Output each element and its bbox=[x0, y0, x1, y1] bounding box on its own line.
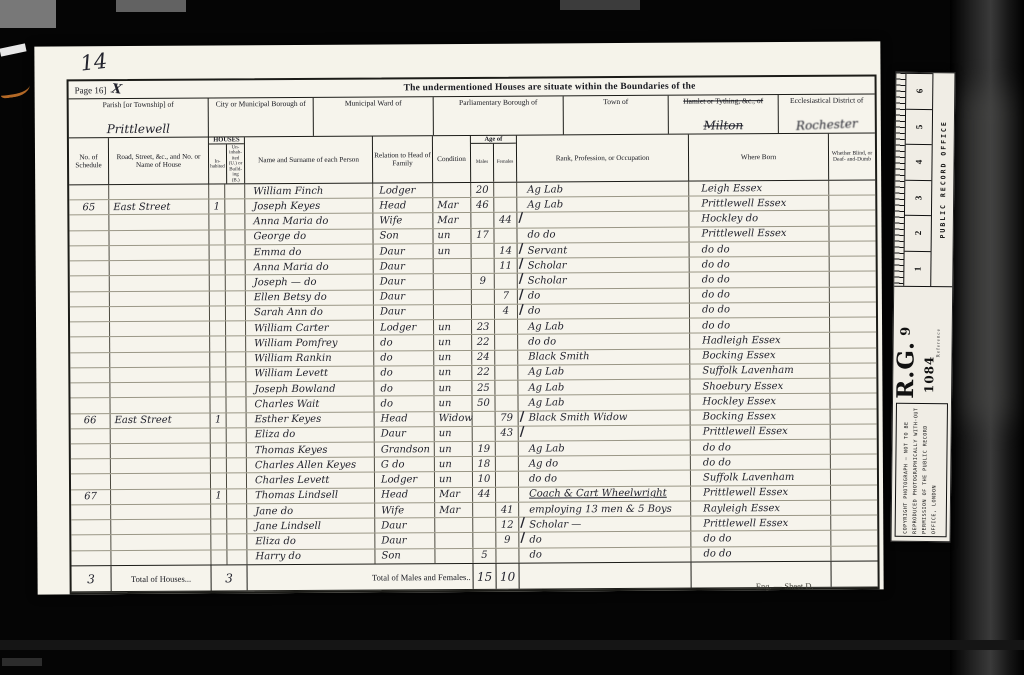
cell-age-male: 20 bbox=[471, 183, 494, 197]
cell-name: William Levett bbox=[246, 366, 374, 381]
cell-blind bbox=[831, 546, 877, 561]
cell-age-female: 9 bbox=[496, 533, 519, 547]
cell-inhabited bbox=[210, 352, 226, 366]
cell-condition bbox=[433, 183, 471, 197]
cell-schedule bbox=[70, 368, 110, 382]
cell-born: Prittlewell Essex bbox=[689, 196, 829, 211]
cell-blind bbox=[831, 409, 877, 424]
cell-age-female: 7 bbox=[495, 289, 518, 303]
cell-road bbox=[110, 306, 210, 321]
cell-condition bbox=[434, 290, 472, 304]
page-handwritten-mark: X bbox=[110, 81, 122, 97]
cell-name: William Rankin bbox=[246, 351, 374, 366]
cell-born: do do bbox=[691, 531, 831, 546]
cell-uninhabited bbox=[226, 276, 246, 290]
cell-condition: un bbox=[435, 427, 473, 441]
cell-relation: Daur bbox=[374, 259, 434, 274]
cell-uninhabited bbox=[225, 184, 245, 198]
cell-condition bbox=[435, 533, 473, 547]
cell-age-male: 9 bbox=[472, 274, 495, 288]
cell-age-female: 4 bbox=[495, 305, 518, 319]
cell-name: Joseph — do bbox=[246, 275, 374, 290]
cell-age-female: 12 bbox=[496, 518, 519, 532]
census-rows: William FinchLodger20Ag LabLeigh Essex65… bbox=[69, 180, 877, 566]
cell-name: Harry do bbox=[247, 549, 375, 564]
cell-road bbox=[110, 291, 210, 306]
enumerator-tick: / bbox=[520, 409, 525, 424]
cell-occupation: Black Smith bbox=[518, 349, 690, 364]
cell-uninhabited bbox=[226, 337, 246, 351]
pro-copyright-text: COPYRIGHT PHOTOGRAPH — NOT TO BE REPRODU… bbox=[902, 406, 941, 534]
cell-occupation: /Scholar bbox=[518, 273, 690, 288]
pro-reference-zone: R.G. 9 1084 Reference bbox=[893, 287, 952, 400]
cell-uninhabited bbox=[227, 428, 247, 442]
cell-occupation: Ag Lab bbox=[518, 364, 690, 379]
handwritten-page-note: 14 bbox=[79, 49, 108, 76]
ruler-number: 6 bbox=[906, 73, 932, 109]
cell-occupation: do do bbox=[519, 471, 691, 486]
cell-inhabited bbox=[211, 459, 227, 473]
cell-relation: Head bbox=[373, 198, 433, 213]
cell-inhabited bbox=[210, 306, 226, 320]
cell-blind bbox=[830, 272, 876, 287]
cell-age-female bbox=[494, 183, 517, 197]
cell-age-male: 22 bbox=[472, 335, 495, 349]
cell-occupation: Ag do bbox=[519, 456, 691, 471]
totals-males-value: 15 bbox=[474, 564, 497, 589]
cell-condition: un bbox=[434, 320, 472, 334]
cell-relation: Wife bbox=[373, 214, 433, 229]
cell-road: East Street bbox=[111, 413, 211, 428]
col-houses-group: HOUSES In- habited Un-inhab- ited (U.) o… bbox=[209, 137, 245, 183]
cell-road bbox=[111, 504, 211, 519]
hamlet-value: Milton bbox=[669, 119, 778, 133]
cell-age-male bbox=[473, 503, 496, 517]
ruler-number: 4 bbox=[905, 144, 931, 180]
cell-blind bbox=[830, 257, 876, 272]
cell-condition bbox=[435, 549, 473, 563]
cell-schedule bbox=[71, 505, 111, 519]
cell-uninhabited bbox=[227, 474, 247, 488]
col-uninhabited: Un-inhab- ited (U.) or Build- ing (B.) bbox=[227, 144, 244, 183]
cell-occupation: /do bbox=[518, 288, 690, 303]
cell-born: Bocking Essex bbox=[690, 348, 830, 363]
cell-road bbox=[111, 520, 211, 535]
cell-born: do do bbox=[690, 242, 830, 257]
totals-males-females-label: Total of Males and Females.. bbox=[248, 564, 474, 590]
cell-age-male bbox=[473, 411, 496, 425]
cell-inhabited bbox=[210, 398, 226, 412]
cell-condition: Mar bbox=[433, 213, 471, 227]
cell-age-male bbox=[472, 305, 495, 319]
cell-uninhabited bbox=[226, 260, 246, 274]
cell-name: William Carter bbox=[246, 321, 374, 336]
enumerator-tick: / bbox=[520, 516, 525, 531]
cell-occupation: /do bbox=[518, 303, 690, 318]
cell-schedule bbox=[71, 536, 111, 550]
cell-age-male: 5 bbox=[473, 548, 496, 562]
cell-blind bbox=[831, 500, 877, 515]
pro-office-label-wrap: PUBLIC RECORD OFFICE bbox=[931, 73, 954, 286]
cell-inhabited bbox=[210, 367, 226, 381]
pro-reference-label: Reference bbox=[936, 329, 941, 358]
cell-occupation: Ag Lab bbox=[518, 319, 690, 334]
cell-born: do do bbox=[691, 546, 831, 561]
cell-occupation: /Scholar — bbox=[519, 517, 691, 532]
cell-condition: un bbox=[434, 381, 472, 395]
ruler-number: 5 bbox=[906, 108, 932, 144]
cell-condition bbox=[434, 305, 472, 319]
totals-houses-label: Total of Houses... bbox=[112, 566, 212, 592]
cell-inhabited bbox=[209, 230, 225, 244]
cell-name: Charles Wait bbox=[246, 397, 374, 412]
page-number-cell: Page 16] X bbox=[69, 81, 225, 97]
cell-inhabited bbox=[211, 474, 227, 488]
cell-condition: un bbox=[434, 396, 472, 410]
cell-name: Thomas Keyes bbox=[247, 443, 375, 458]
cell-condition: Mar bbox=[435, 503, 473, 517]
cell-age-female bbox=[495, 365, 518, 379]
film-edge-glow bbox=[964, 90, 1010, 420]
cell-blind bbox=[830, 302, 876, 317]
cell-age-male bbox=[473, 427, 496, 441]
ruler-number: 2 bbox=[905, 215, 931, 251]
cell-schedule bbox=[70, 261, 110, 275]
cell-born: Prittlewell Essex bbox=[691, 485, 831, 500]
cell-name: Jane Lindsell bbox=[247, 519, 375, 534]
cell-inhabited bbox=[210, 382, 226, 396]
cell-inhabited bbox=[210, 291, 226, 305]
census-document-sheet: 14 Page 16] X The undermentioned Houses … bbox=[34, 41, 883, 594]
enumerator-tick: / bbox=[520, 531, 525, 546]
pro-office-label: PUBLIC RECORD OFFICE bbox=[938, 121, 947, 239]
film-artifact bbox=[0, 0, 56, 28]
cell-born: Leigh Essex bbox=[689, 181, 829, 196]
cell-age-female bbox=[496, 457, 519, 471]
cell-condition: un bbox=[434, 335, 472, 349]
cell-uninhabited bbox=[225, 200, 245, 214]
ruler-number: 3 bbox=[905, 179, 931, 215]
cell-condition: Mar bbox=[435, 488, 473, 502]
cell-age-female bbox=[496, 548, 519, 562]
cell-inhabited bbox=[211, 520, 227, 534]
film-artifact bbox=[560, 0, 640, 10]
cell-born: do do bbox=[691, 440, 831, 455]
cell-age-male bbox=[472, 244, 495, 258]
cell-road bbox=[110, 276, 210, 291]
cell-uninhabited bbox=[227, 519, 247, 533]
cell-schedule bbox=[70, 292, 110, 306]
cell-schedule bbox=[71, 551, 111, 565]
cell-schedule bbox=[71, 475, 111, 489]
cell-condition bbox=[434, 259, 472, 273]
cell-blind bbox=[829, 180, 875, 195]
cell-occupation: do do bbox=[517, 227, 689, 242]
cell-blind bbox=[830, 363, 876, 378]
cell-inhabited: 1 bbox=[209, 200, 225, 214]
cell-relation: do bbox=[374, 366, 434, 381]
cell-relation: Head bbox=[375, 488, 435, 503]
cell-relation: Lodger bbox=[374, 320, 434, 335]
cell-name: Ellen Betsy do bbox=[246, 290, 374, 305]
cell-schedule bbox=[71, 459, 111, 473]
cell-occupation: / bbox=[519, 425, 691, 440]
cell-blind bbox=[831, 516, 877, 531]
enumerator-tick: / bbox=[519, 302, 524, 317]
cell-born: Prittlewell Essex bbox=[689, 226, 829, 241]
cell-schedule bbox=[70, 383, 110, 397]
cell-age-male: 44 bbox=[473, 487, 496, 501]
cell-road bbox=[111, 535, 211, 550]
cell-relation: Daur bbox=[374, 275, 434, 290]
cell-blind bbox=[831, 531, 877, 546]
cell-relation: Wife bbox=[375, 503, 435, 518]
cell-occupation: do bbox=[519, 547, 691, 562]
cell-uninhabited bbox=[227, 459, 247, 473]
cell-schedule: 65 bbox=[69, 200, 109, 214]
col-age-females: Females bbox=[494, 144, 516, 182]
cell-born: do do bbox=[690, 318, 830, 333]
enumerator-tick: / bbox=[520, 424, 525, 439]
cell-born: Shoebury Essex bbox=[690, 379, 830, 394]
cell-schedule bbox=[70, 322, 110, 336]
col-blind: Whether Blind, or Deaf- and-Dumb bbox=[829, 133, 875, 179]
cell-age-male: 10 bbox=[473, 472, 496, 486]
cell-relation: Daur bbox=[374, 305, 434, 320]
cell-condition: un bbox=[435, 457, 473, 471]
cell-blind bbox=[831, 455, 877, 470]
cell-road bbox=[110, 383, 210, 398]
film-artifact-orange-mark bbox=[0, 78, 31, 99]
cell-name: Charles Levett bbox=[247, 473, 375, 488]
cell-occupation: / bbox=[517, 212, 689, 227]
cell-road bbox=[110, 367, 210, 382]
census-scan-viewport: 14 Page 16] X The undermentioned Houses … bbox=[0, 0, 1024, 675]
cell-condition: Mar bbox=[433, 198, 471, 212]
enumerator-tick: / bbox=[518, 211, 523, 226]
cell-uninhabited bbox=[225, 215, 245, 229]
cell-age-female: 11 bbox=[495, 259, 518, 273]
cell-uninhabited bbox=[227, 550, 247, 564]
cell-age-female bbox=[494, 228, 517, 242]
cell-born: Prittlewell Essex bbox=[691, 424, 831, 439]
cell-age-female bbox=[495, 274, 518, 288]
cell-relation: Daur bbox=[374, 244, 434, 259]
cell-road bbox=[109, 230, 209, 245]
cell-blind bbox=[830, 333, 876, 348]
cell-road: East Street bbox=[109, 200, 209, 215]
cell-age-male: 50 bbox=[472, 396, 495, 410]
col-road: Road, Street, &c., and No. or Name of Ho… bbox=[109, 138, 209, 185]
cell-name: George do bbox=[245, 229, 373, 244]
cell-blind bbox=[830, 241, 876, 256]
cell-inhabited bbox=[209, 215, 225, 229]
cell-occupation: Ag Lab bbox=[517, 182, 689, 197]
cell-name: Jane do bbox=[247, 503, 375, 518]
ruler-numbers: 123456 bbox=[904, 73, 933, 286]
cell-blind bbox=[830, 318, 876, 333]
cell-schedule bbox=[70, 277, 110, 291]
cell-schedule bbox=[70, 337, 110, 351]
cell-blind bbox=[829, 196, 875, 211]
cell-inhabited bbox=[211, 550, 227, 564]
col-age-group: Age of Males Females bbox=[471, 136, 517, 182]
location-hamlet: Hamlet or Tything, &c., of Milton bbox=[669, 95, 779, 134]
cell-age-female bbox=[495, 350, 518, 364]
cell-road bbox=[111, 474, 211, 489]
cell-schedule bbox=[69, 185, 109, 199]
cell-age-male: 23 bbox=[472, 320, 495, 334]
cell-occupation: /Servant bbox=[518, 243, 690, 258]
cell-schedule bbox=[69, 216, 109, 230]
cell-name: Anna Maria do bbox=[245, 214, 373, 229]
cell-relation: Daur bbox=[375, 534, 435, 549]
cell-born: Suffolk Lavenham bbox=[691, 470, 831, 485]
cell-relation: Son bbox=[375, 549, 435, 564]
cell-inhabited: 1 bbox=[211, 413, 227, 427]
cell-blind bbox=[831, 485, 877, 500]
cell-born: Suffolk Lavenham bbox=[690, 364, 830, 379]
cell-road bbox=[110, 398, 210, 413]
ruler-number: 1 bbox=[904, 250, 930, 286]
cell-age-male bbox=[472, 259, 495, 273]
cell-name: Sarah Ann do bbox=[246, 305, 374, 320]
cell-age-female: 14 bbox=[495, 244, 518, 258]
cell-uninhabited bbox=[227, 489, 247, 503]
cell-age-male: 17 bbox=[471, 228, 494, 242]
cell-schedule bbox=[69, 231, 109, 245]
col-age-males: Males bbox=[471, 144, 494, 182]
cell-inhabited bbox=[211, 428, 227, 442]
cell-road bbox=[111, 428, 211, 443]
cell-born: do do bbox=[690, 287, 830, 302]
cell-occupation: /Scholar bbox=[518, 258, 690, 273]
cell-inhabited bbox=[209, 184, 225, 198]
film-artifact bbox=[2, 658, 42, 666]
cell-blind bbox=[830, 348, 876, 363]
cell-occupation: Ag Lab bbox=[519, 441, 691, 456]
cell-schedule bbox=[70, 353, 110, 367]
cell-age-female bbox=[494, 198, 517, 212]
pro-piece: 1084 bbox=[922, 356, 936, 394]
location-parliamentary: Parliamentary Borough of bbox=[434, 96, 564, 135]
totals-females-value: 10 bbox=[497, 564, 520, 589]
cell-relation: G do bbox=[375, 457, 435, 472]
totals-houses-value: 3 bbox=[212, 565, 248, 590]
cell-uninhabited bbox=[226, 382, 246, 396]
cell-road bbox=[110, 261, 210, 276]
cell-born: do do bbox=[691, 455, 831, 470]
cell-road bbox=[110, 352, 210, 367]
enumerator-tick: / bbox=[519, 272, 524, 287]
cell-uninhabited bbox=[227, 413, 247, 427]
cell-road bbox=[111, 444, 211, 459]
cell-occupation: do do bbox=[518, 334, 690, 349]
cell-occupation: Ag Lab bbox=[518, 380, 690, 395]
cell-schedule bbox=[70, 398, 110, 412]
cell-name: Joseph Keyes bbox=[245, 199, 373, 214]
cell-relation: Head bbox=[375, 412, 435, 427]
film-artifact bbox=[0, 640, 1024, 650]
col-inhabited: In- habited bbox=[209, 144, 227, 183]
cell-condition: un bbox=[435, 472, 473, 486]
cell-blind bbox=[830, 378, 876, 393]
cell-condition: un bbox=[434, 366, 472, 380]
cell-occupation: Coach & Cart Wheelwright bbox=[519, 486, 691, 501]
totals-empty-blind bbox=[831, 561, 877, 586]
totals-schedule-hw: 3 bbox=[72, 566, 112, 591]
cell-schedule: 66 bbox=[71, 414, 111, 428]
cell-age-male: 22 bbox=[472, 366, 495, 380]
census-table: Page 16] X The undermentioned Houses are… bbox=[67, 74, 880, 594]
cell-blind bbox=[830, 394, 876, 409]
pro-series: R.G. bbox=[892, 341, 920, 399]
sheet-footer: Eng. — Sheet D. bbox=[756, 581, 814, 591]
cell-name: Emma do bbox=[246, 244, 374, 259]
cell-age-female: 44 bbox=[494, 213, 517, 227]
cell-age-female bbox=[496, 442, 519, 456]
cell-born: Hockley Essex bbox=[690, 394, 830, 409]
cell-road bbox=[109, 215, 209, 230]
cell-uninhabited bbox=[226, 352, 246, 366]
cell-occupation: /Black Smith Widow bbox=[519, 410, 691, 425]
cell-name: Eliza do bbox=[247, 534, 375, 549]
cell-uninhabited bbox=[226, 321, 246, 335]
cell-relation: Daur bbox=[375, 427, 435, 442]
cell-blind bbox=[829, 211, 875, 226]
cell-born: Rayleigh Essex bbox=[691, 501, 831, 516]
cell-uninhabited bbox=[226, 367, 246, 381]
cell-uninhabited bbox=[226, 398, 246, 412]
film-artifact bbox=[116, 0, 186, 12]
cell-inhabited bbox=[211, 504, 227, 518]
film-artifact bbox=[0, 43, 27, 56]
cell-road bbox=[111, 489, 211, 504]
cell-blind bbox=[831, 470, 877, 485]
cell-condition: un bbox=[434, 350, 472, 364]
cell-age-female bbox=[495, 381, 518, 395]
cell-blind bbox=[831, 439, 877, 454]
cell-condition: un bbox=[434, 244, 472, 258]
cell-name: Thomas Lindsell bbox=[247, 488, 375, 503]
pro-series-num: 9 bbox=[898, 327, 913, 336]
cell-schedule bbox=[70, 307, 110, 321]
boundary-title: The undermentioned Houses are situate wi… bbox=[225, 80, 875, 94]
cell-born: Hadleigh Essex bbox=[690, 333, 830, 348]
cell-relation: Lodger bbox=[373, 183, 433, 198]
cell-name: Joseph Bowland bbox=[246, 382, 374, 397]
cell-name: Charles Allen Keyes bbox=[247, 458, 375, 473]
cell-schedule bbox=[70, 246, 110, 260]
col-born: Where Born bbox=[689, 134, 829, 181]
cell-age-female bbox=[496, 487, 519, 501]
cell-schedule bbox=[71, 429, 111, 443]
cell-inhabited bbox=[211, 535, 227, 549]
cell-schedule bbox=[71, 520, 111, 534]
column-header-row: No. of Schedule Road, Street, &c., and N… bbox=[69, 133, 875, 185]
col-relation: Relation to Head of Family bbox=[373, 136, 433, 182]
enumerator-tick: / bbox=[519, 242, 524, 257]
cell-uninhabited bbox=[226, 291, 246, 305]
cell-age-male: 25 bbox=[472, 381, 495, 395]
cell-born: do do bbox=[690, 272, 830, 287]
location-city: City or Municipal Borough of bbox=[209, 98, 314, 137]
cell-born: do do bbox=[690, 303, 830, 318]
cell-condition: Widow bbox=[435, 411, 473, 425]
page-label: Page 16] bbox=[75, 85, 107, 95]
cell-uninhabited bbox=[227, 443, 247, 457]
cell-age-male: 19 bbox=[473, 442, 496, 456]
